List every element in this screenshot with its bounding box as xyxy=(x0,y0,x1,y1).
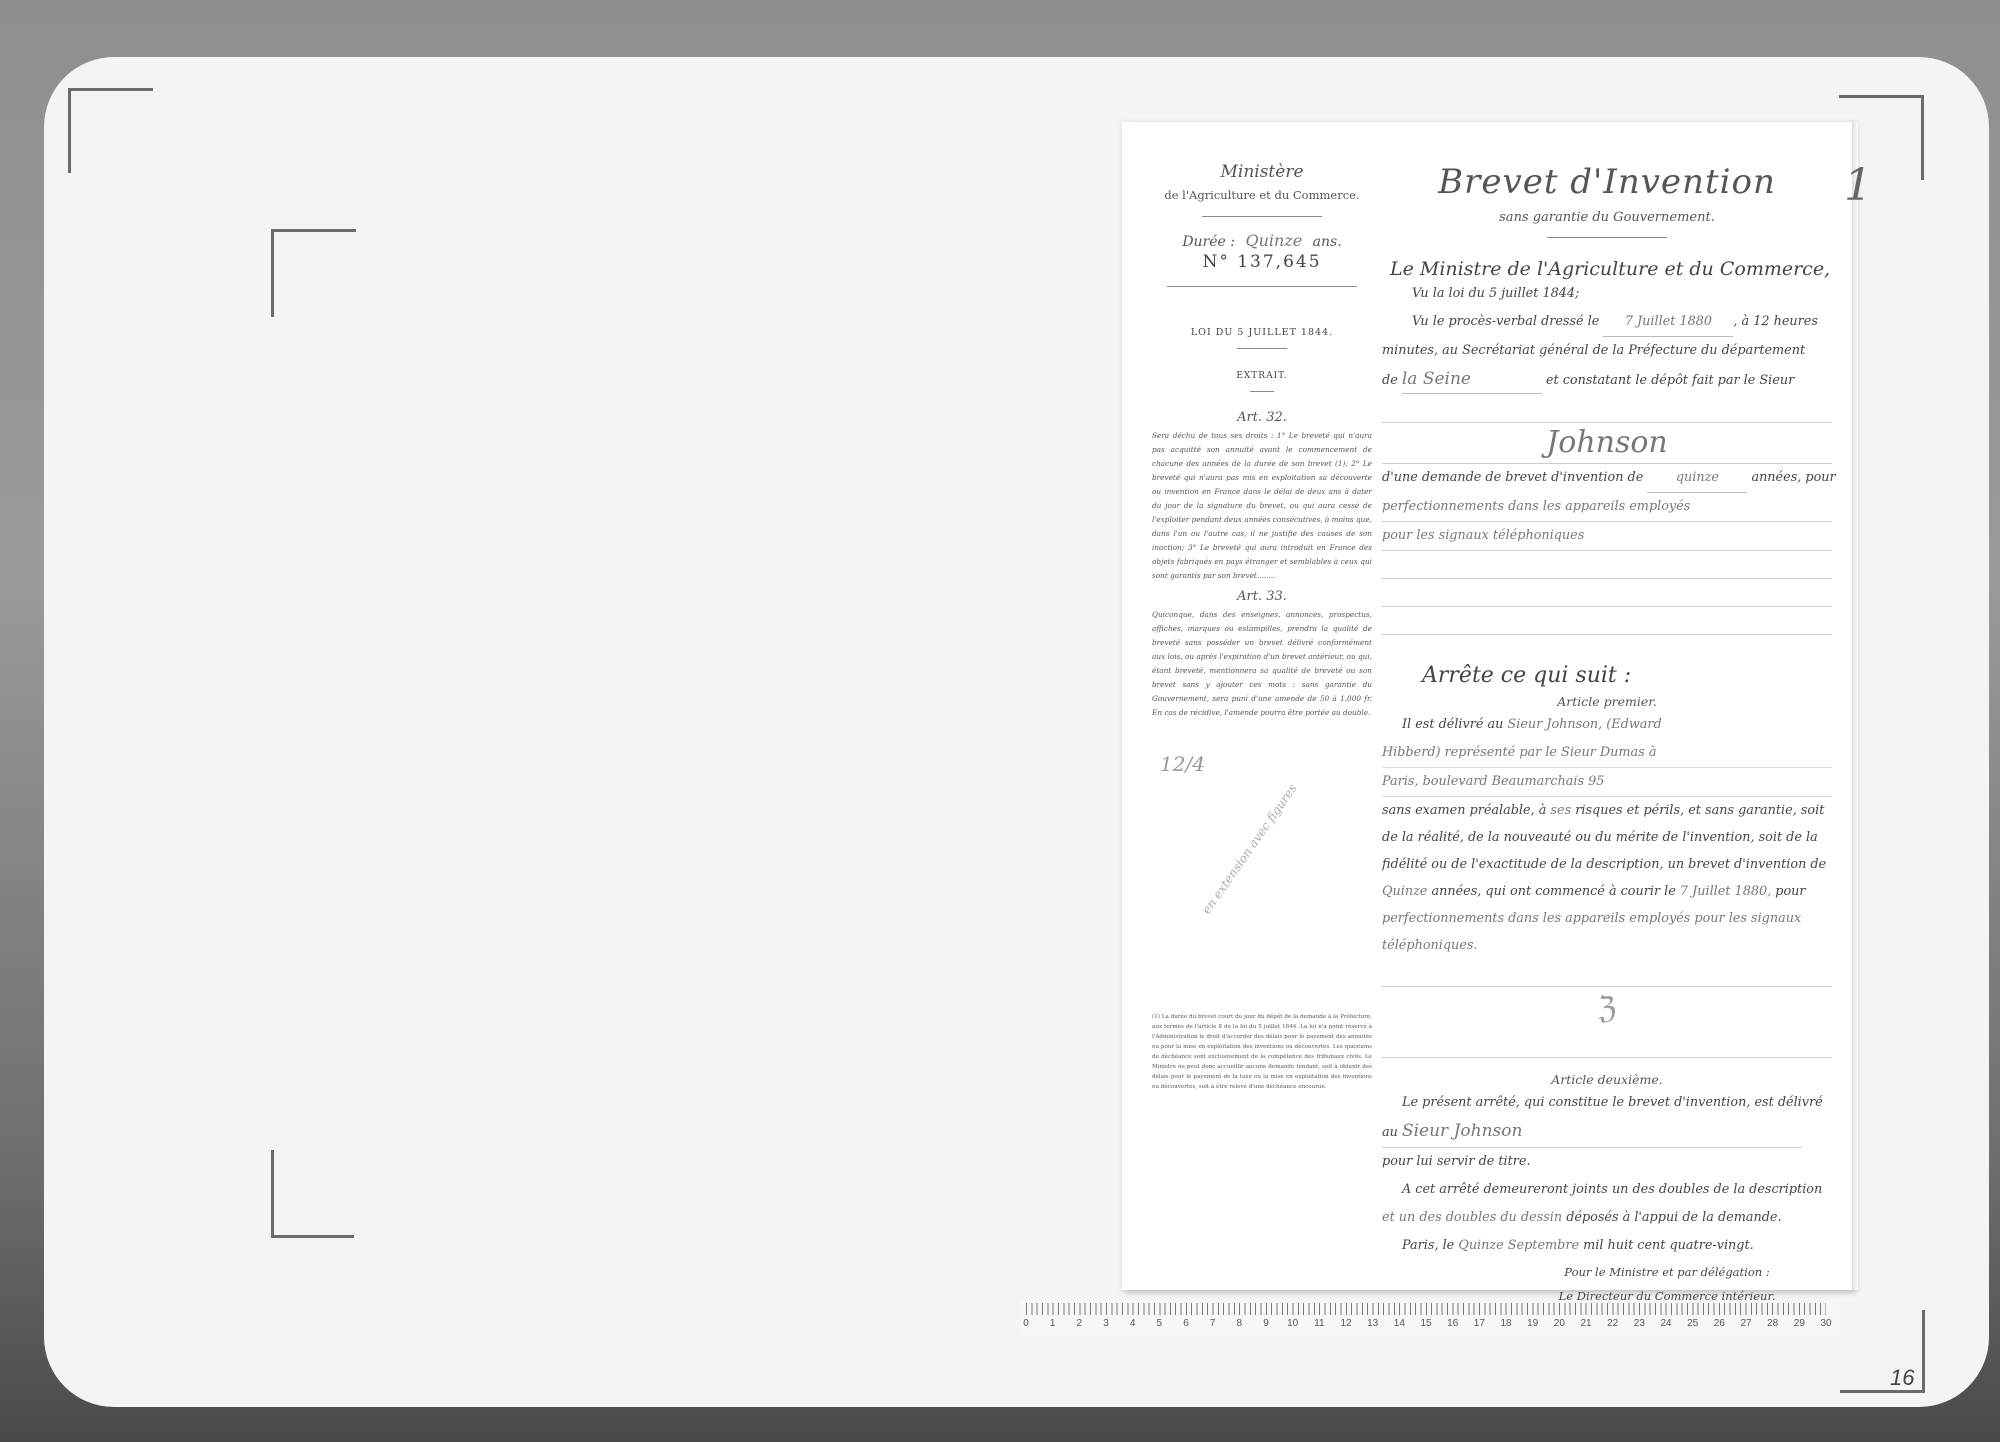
ruler-label: 5 xyxy=(1157,1318,1163,1329)
ruler-label: 20 xyxy=(1554,1318,1565,1329)
sheet-number: 16 xyxy=(1890,1365,1914,1391)
article1-years: Quinze xyxy=(1382,884,1427,899)
blank-line xyxy=(1382,1030,1832,1058)
ruler-label: 19 xyxy=(1527,1318,1538,1329)
ruler-ticks xyxy=(1026,1303,1826,1315)
demande-line: d'une demande de brevet d'invention de q… xyxy=(1382,464,1832,493)
article2-text2: pour lui servir de titre. xyxy=(1382,1148,1832,1176)
divider xyxy=(1250,391,1274,392)
ruler-label: 2 xyxy=(1077,1318,1083,1329)
depot-text: et constatant le dépôt fait par le Sieur xyxy=(1546,373,1794,388)
annex-handwritten: et un des doubles du dessin xyxy=(1382,1210,1562,1225)
vu-proces-line: Vu le procès-verbal dressé le 7 Juillet … xyxy=(1412,308,1832,337)
date-prefix: Paris, le xyxy=(1402,1238,1454,1253)
article2-grantee-line: au Sieur Johnson xyxy=(1382,1117,1802,1148)
document-title: Brevet d'Invention xyxy=(1382,162,1832,202)
ruler-label: 21 xyxy=(1580,1318,1591,1329)
ruler-label: 24 xyxy=(1660,1318,1671,1329)
pour-ministre: Pour le Ministre et par délégation : xyxy=(1502,1260,1832,1284)
divider xyxy=(1167,286,1357,287)
annex-line: et un des doubles du dessin déposés à l'… xyxy=(1382,1204,1832,1232)
ministere-subtitle: de l'Agriculture et du Commerce. xyxy=(1152,188,1372,202)
proces-hour: , à 12 heures xyxy=(1733,314,1818,329)
date-handwritten: Quinze Septembre xyxy=(1458,1238,1579,1253)
blank-line xyxy=(1382,395,1832,423)
footnote: (1) La durée du brevet court du jour du … xyxy=(1152,1012,1372,1092)
annex-text2: déposés à l'appui de la demande. xyxy=(1566,1210,1781,1225)
ruler-label: 26 xyxy=(1714,1318,1725,1329)
duree-unit: ans. xyxy=(1313,234,1342,250)
invention-line-2: pour les signaux téléphoniques xyxy=(1382,522,1832,551)
extrait-heading: EXTRAIT. xyxy=(1152,371,1372,381)
vu-proces-prefix: Vu le procès-verbal dressé le xyxy=(1412,314,1599,329)
ruler-label: 14 xyxy=(1394,1318,1405,1329)
ruler-label: 1 xyxy=(1050,1318,1056,1329)
loi-heading: LOI DU 5 JUILLET 1844. xyxy=(1152,327,1372,338)
ruler-label: 22 xyxy=(1607,1318,1618,1329)
demande-prefix: d'une demande de brevet d'invention de xyxy=(1382,470,1643,485)
blank-line xyxy=(1382,607,1832,635)
ruler-label: 16 xyxy=(1447,1318,1458,1329)
ruler-label: 10 xyxy=(1287,1318,1298,1329)
ruler-label: 6 xyxy=(1183,1318,1189,1329)
crop-mark-inner-top-left xyxy=(271,229,356,317)
ruler-label: 23 xyxy=(1634,1318,1645,1329)
divider xyxy=(1547,237,1667,238)
handwritten-page-number: 1 xyxy=(1844,160,1872,211)
depositor-line: Johnson xyxy=(1382,423,1832,464)
art33-title: Art. 33. xyxy=(1152,589,1372,604)
art32-text: Sera déchu de tous ses droits : 1° Le br… xyxy=(1152,429,1372,583)
article2-text1: Le présent arrêté, qui constitue le brev… xyxy=(1402,1089,1832,1117)
art33-text: Quiconque, dans des enseignes, annonces,… xyxy=(1152,608,1372,720)
ruler-label: 9 xyxy=(1263,1318,1269,1329)
ruler-label: 13 xyxy=(1367,1318,1378,1329)
depositor-name: Johnson xyxy=(1546,425,1668,460)
article1-text1: sans examen préalable, à xyxy=(1382,803,1546,818)
art32-title: Art. 32. xyxy=(1152,410,1372,425)
minister-heading: Le Ministre de l'Agriculture et du Comme… xyxy=(1390,258,1832,280)
blank-line xyxy=(1382,959,1832,987)
article1-line3: Paris, boulevard Beaumarchais 95 xyxy=(1382,768,1832,797)
ruler-label: 27 xyxy=(1740,1318,1751,1329)
article1-invention-1: perfectionnements dans les appareils xyxy=(1382,911,1625,926)
ministere-title: Ministère xyxy=(1152,162,1372,182)
patent-number-line: N° 137,645 xyxy=(1152,252,1372,272)
patent-number: 137,645 xyxy=(1237,252,1321,272)
annex-text1: A cet arrêté demeureront joints un des d… xyxy=(1402,1176,1832,1204)
ruler-label: 4 xyxy=(1130,1318,1136,1329)
divider xyxy=(1237,348,1287,349)
vu-loi: Vu la loi du 5 juillet 1844; xyxy=(1412,280,1832,308)
duree-line: Durée : Quinze ans. xyxy=(1152,231,1372,250)
ruler-labels: 0123456789101112131415161718192021222324… xyxy=(1020,1318,1840,1332)
date-line: Paris, le Quinze Septembre mil huit cent… xyxy=(1402,1232,1832,1260)
measurement-ruler: 0123456789101112131415161718192021222324… xyxy=(1020,1300,1840,1336)
demande-suffix: années, pour xyxy=(1751,470,1835,485)
duree-value: Quinze xyxy=(1245,231,1302,250)
demande-years: quinze xyxy=(1647,464,1747,493)
article1-start-date: 7 Juillet 1880, xyxy=(1680,884,1771,899)
article1-prefix: Il est délivré au xyxy=(1402,717,1503,732)
article1-grantee: Sieur Johnson, (Edward xyxy=(1507,717,1661,732)
margin-note-fraction: 12/4 xyxy=(1160,752,1205,776)
arrete-heading: Arrête ce qui suit : xyxy=(1422,663,1832,688)
proces-date: 7 Juillet 1880 xyxy=(1603,308,1733,337)
department-value: la Seine xyxy=(1402,365,1542,394)
article1-ses: ses xyxy=(1550,803,1571,818)
ruler-label: 30 xyxy=(1820,1318,1831,1329)
article1-title: Article premier. xyxy=(1382,694,1832,709)
article1-body: sans examen préalable, à ses risques et … xyxy=(1382,797,1832,959)
ruler-label: 25 xyxy=(1687,1318,1698,1329)
date-suffix: mil huit cent quatre-vingt. xyxy=(1583,1238,1754,1253)
article1-text3: années, qui ont commencé à courir le xyxy=(1431,884,1675,899)
blank-line xyxy=(1382,579,1832,607)
document-subtitle: sans garantie du Gouvernement. xyxy=(1382,210,1832,225)
ruler-label: 29 xyxy=(1794,1318,1805,1329)
divider xyxy=(1202,216,1322,217)
article2-title: Article deuxième. xyxy=(1382,1072,1832,1087)
invention-line-1: perfectionnements dans les appareils emp… xyxy=(1382,493,1832,522)
ruler-label: 7 xyxy=(1210,1318,1216,1329)
article2-prefix: au xyxy=(1382,1125,1398,1140)
duree-label: Durée : xyxy=(1182,234,1235,250)
article2-grantee: Sieur Johnson xyxy=(1402,1121,1522,1141)
ruler-label: 12 xyxy=(1340,1318,1351,1329)
ruler-label: 8 xyxy=(1237,1318,1243,1329)
article1-line1: Il est délivré au Sieur Johnson, (Edward xyxy=(1402,711,1832,739)
left-column: Ministère de l'Agriculture et du Commerc… xyxy=(1152,162,1372,720)
crop-mark-top-left xyxy=(68,88,153,173)
minutes-line: minutes, au Secrétariat général de la Pr… xyxy=(1382,337,1832,365)
ruler-label: 0 xyxy=(1023,1318,1029,1329)
article1-line2: Hibberd) représenté par le Sieur Dumas à xyxy=(1382,739,1832,768)
blank-line xyxy=(1382,551,1832,579)
department-line: de la Seine et constatant le dépôt fait … xyxy=(1382,365,1832,395)
page-edge-curl xyxy=(1852,122,1858,1290)
patent-document: Ministère de l'Agriculture et du Commerc… xyxy=(1122,122,1854,1290)
number-label: N° xyxy=(1202,252,1229,272)
article1-text4: pour xyxy=(1775,884,1805,899)
dept-prefix: de xyxy=(1382,373,1398,388)
ruler-label: 11 xyxy=(1314,1318,1324,1329)
ruler-label: 18 xyxy=(1500,1318,1511,1329)
ruler-label: 28 xyxy=(1767,1318,1778,1329)
ruler-label: 15 xyxy=(1420,1318,1431,1329)
right-column: 1 Brevet d'Invention sans garantie du Go… xyxy=(1382,162,1832,1332)
flourish-mark: ℨ xyxy=(1382,991,1832,1026)
margin-note-annotation: en extension avec figures xyxy=(1199,782,1299,917)
crop-mark-bottom-left xyxy=(271,1150,354,1238)
ruler-label: 17 xyxy=(1474,1318,1485,1329)
ruler-label: 3 xyxy=(1103,1318,1109,1329)
